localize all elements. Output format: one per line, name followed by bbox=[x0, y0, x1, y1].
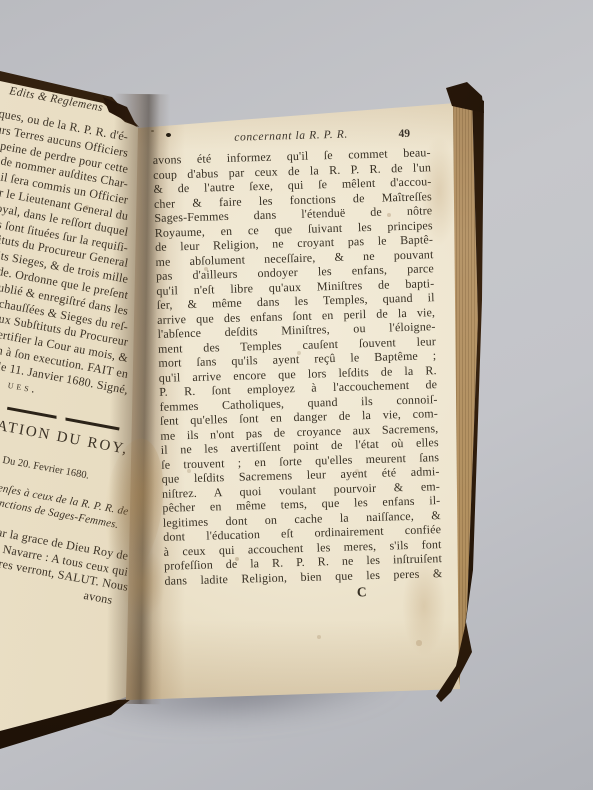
ink-spot bbox=[166, 133, 171, 137]
signature-mark: C bbox=[357, 584, 367, 599]
right-page-text: concernant la R. P. R. 49 avons été info… bbox=[152, 126, 443, 606]
foxing-stain bbox=[120, 548, 166, 618]
foxing-stain bbox=[402, 556, 446, 656]
book-photograph: Edits & Reglemens Catholiques, ou de la … bbox=[0, 0, 593, 790]
page-number: 49 bbox=[398, 128, 410, 140]
paper-specks bbox=[0, 0, 2, 2]
foxing-stain bbox=[420, 136, 458, 246]
